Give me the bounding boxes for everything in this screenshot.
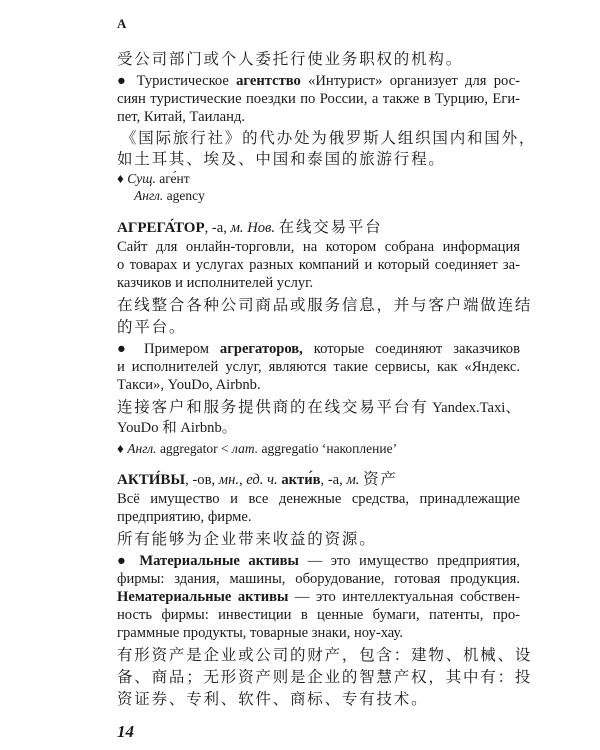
zh-example: 资证券、专利、软件、商标、专有技术。 <box>117 690 428 708</box>
zh-example: 备、商品；无形资产则是企业的智慧产权，其中有：投 <box>117 668 532 686</box>
entry-heading-aggregator: АГРЕГА́ТОР, -а, м. Нов. 在线交易平台 <box>117 218 382 237</box>
etymology-line: ♦ Англ. aggregator < лат. aggregatio ‘на… <box>117 440 397 458</box>
emphasized-term: Материальные активы <box>139 553 299 569</box>
zh-definition: 的平台。 <box>117 318 186 336</box>
definition-line: казчиков и исполнителей услуг. <box>117 274 313 292</box>
dictionary-page: А 受公司部门或个人委托行使业务职权的机构。 ● Туристическое а… <box>0 0 600 750</box>
zh-example: 《国际旅行社》的代办处为俄罗斯人组织国内和国外， <box>121 129 536 147</box>
example-line: Такси», YouDo, Airbnb. <box>117 376 261 394</box>
zh-definition: 在线整合各种公司商品或服务信息，并与客户端做连结 <box>117 296 532 314</box>
headword: АГРЕГА́ТОР <box>117 220 205 236</box>
definition-line: Всё имущество и все денежные средства, п… <box>117 490 520 508</box>
example-line: ность фирмы: инвестиции в ценные бумаги,… <box>117 606 520 624</box>
english-equivalent: Англ. agency <box>134 187 205 205</box>
example-line: ● Примером агрегаторов, которые соединяю… <box>117 340 520 358</box>
zh-example: 有形资产是企业或公司的财产，包含：建物、机械、设 <box>117 646 532 664</box>
example-line: Нематериальные активы — это интеллектуал… <box>117 588 520 606</box>
zh-example: YouDo 和 Airbnb。 <box>117 419 236 437</box>
emphasized-term: агентство <box>236 73 301 89</box>
bullet-icon: ● <box>117 553 131 569</box>
headword: АКТИ́ВЫ <box>117 472 185 488</box>
example-line: ● Туристическое агентство «Интурист» орг… <box>117 72 520 90</box>
zh-example: 连接客户和服务提供商的在线交易平台有 Yandex.Taxi、 <box>117 398 520 417</box>
diamond-icon: ♦ <box>117 171 124 186</box>
example-line: и исполнителей услуг, являются такие сер… <box>117 358 520 376</box>
emphasized-term: агрегаторов, <box>220 341 303 357</box>
running-head: А <box>117 16 126 32</box>
page-number: 14 <box>117 722 134 742</box>
example-line: ● Материальные активы — это имущество пр… <box>117 552 520 570</box>
diamond-icon: ♦ <box>117 441 124 456</box>
bullet-icon: ● <box>117 341 133 357</box>
zh-example: 如土耳其、埃及、中国和泰国的旅游行程。 <box>117 150 446 168</box>
definition-line: Сайт для онлайн-торговли, на котором соб… <box>117 238 520 256</box>
zh-definition: 受公司部门或个人委托行使业务职权的机构。 <box>117 50 463 68</box>
zh-definition: 所有能够为企业带来收益的资源。 <box>117 530 377 548</box>
derivative-line: ♦ Сущ. аге́нт <box>117 170 190 188</box>
bullet-icon: ● <box>117 73 129 89</box>
example-line: пет, Китай, Таиланд. <box>117 108 245 126</box>
example-line: фирмы: здания, машины, оборудование, гот… <box>117 570 520 588</box>
entry-heading-assets: АКТИ́ВЫ, -ов, мн., ед. ч. акти́в, -а, м.… <box>117 470 398 489</box>
definition-line: о товарах и услугах разных компаний и ко… <box>117 256 520 274</box>
example-line: сиян туристические поездки по России, а … <box>117 90 520 108</box>
definition-line: предприятию, фирме. <box>117 508 252 526</box>
emphasized-term: Нематериальные активы <box>117 589 288 605</box>
example-line: граммные продукты, товарные знаки, ноу-х… <box>117 624 403 642</box>
